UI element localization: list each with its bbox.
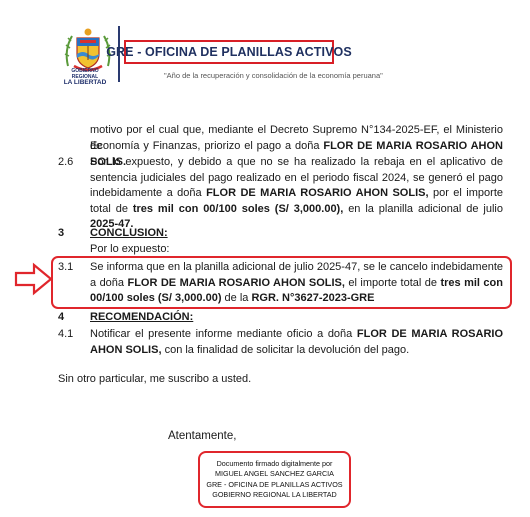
text: Notificar el presente informe mediante o… [90,328,357,340]
section-title: CONCLUSION: [90,227,168,239]
logo-caption: GOBIERNO REGIONAL LA LIBERTAD [60,68,110,86]
signature-office: GRE - OFICINA DE PLANILLAS ACTIVOS [206,480,342,491]
farewell: Atentamente, [168,430,236,442]
logo-caption-line-2: LA LIBERTAD [60,80,110,86]
section-title: RECOMENDACIÓN: [90,311,193,323]
item-number: 4.1 [58,327,73,343]
item-number: 2.6 [58,155,73,171]
signature-entity: GOBIERNO REGIONAL LA LIBERTAD [212,490,336,501]
closing-sentence: Sin otro particular, me suscribo a usted… [58,373,251,385]
signature-line-1: Documento firmado digitalmente por [217,459,333,470]
text: en la planilla adicional de julio [343,203,503,215]
year-motto: "Año de la recuperación y consolidación … [164,71,383,80]
item-4-1-paragraph: Notificar el presente informe mediante o… [90,327,503,358]
section-4-title: RECOMENDACIÓN: [90,310,503,326]
highlight-box [51,256,512,309]
text: con la finalidad de solicitar la devoluc… [162,344,410,356]
text: Economía y Finanzas, priorizo el pago a … [90,140,323,152]
amount: tres mil con 00/100 soles (S/ 3,000.00), [133,203,343,215]
item-2-6-paragraph: Por lo expuesto, y debido a que no se ha… [90,155,503,233]
header-title-box: GRE - OFICINA DE PLANILLAS ACTIVOS [124,40,334,64]
text: Por lo expuesto: [90,243,170,255]
section-number: 3 [58,226,64,242]
header-title: GRE - OFICINA DE PLANILLAS ACTIVOS [106,45,352,59]
right-arrow-icon [14,262,54,296]
digital-signature-box: Documento firmado digitalmente por MIGUE… [198,451,351,508]
section-3-title: CONCLUSION: [90,226,503,242]
section-number: 4 [58,310,64,326]
beneficiary-name: FLOR DE MARIA ROSARIO AHON SOLIS, [206,187,428,199]
signature-signer: MIGUEL ANGEL SANCHEZ GARCIA [215,469,334,480]
